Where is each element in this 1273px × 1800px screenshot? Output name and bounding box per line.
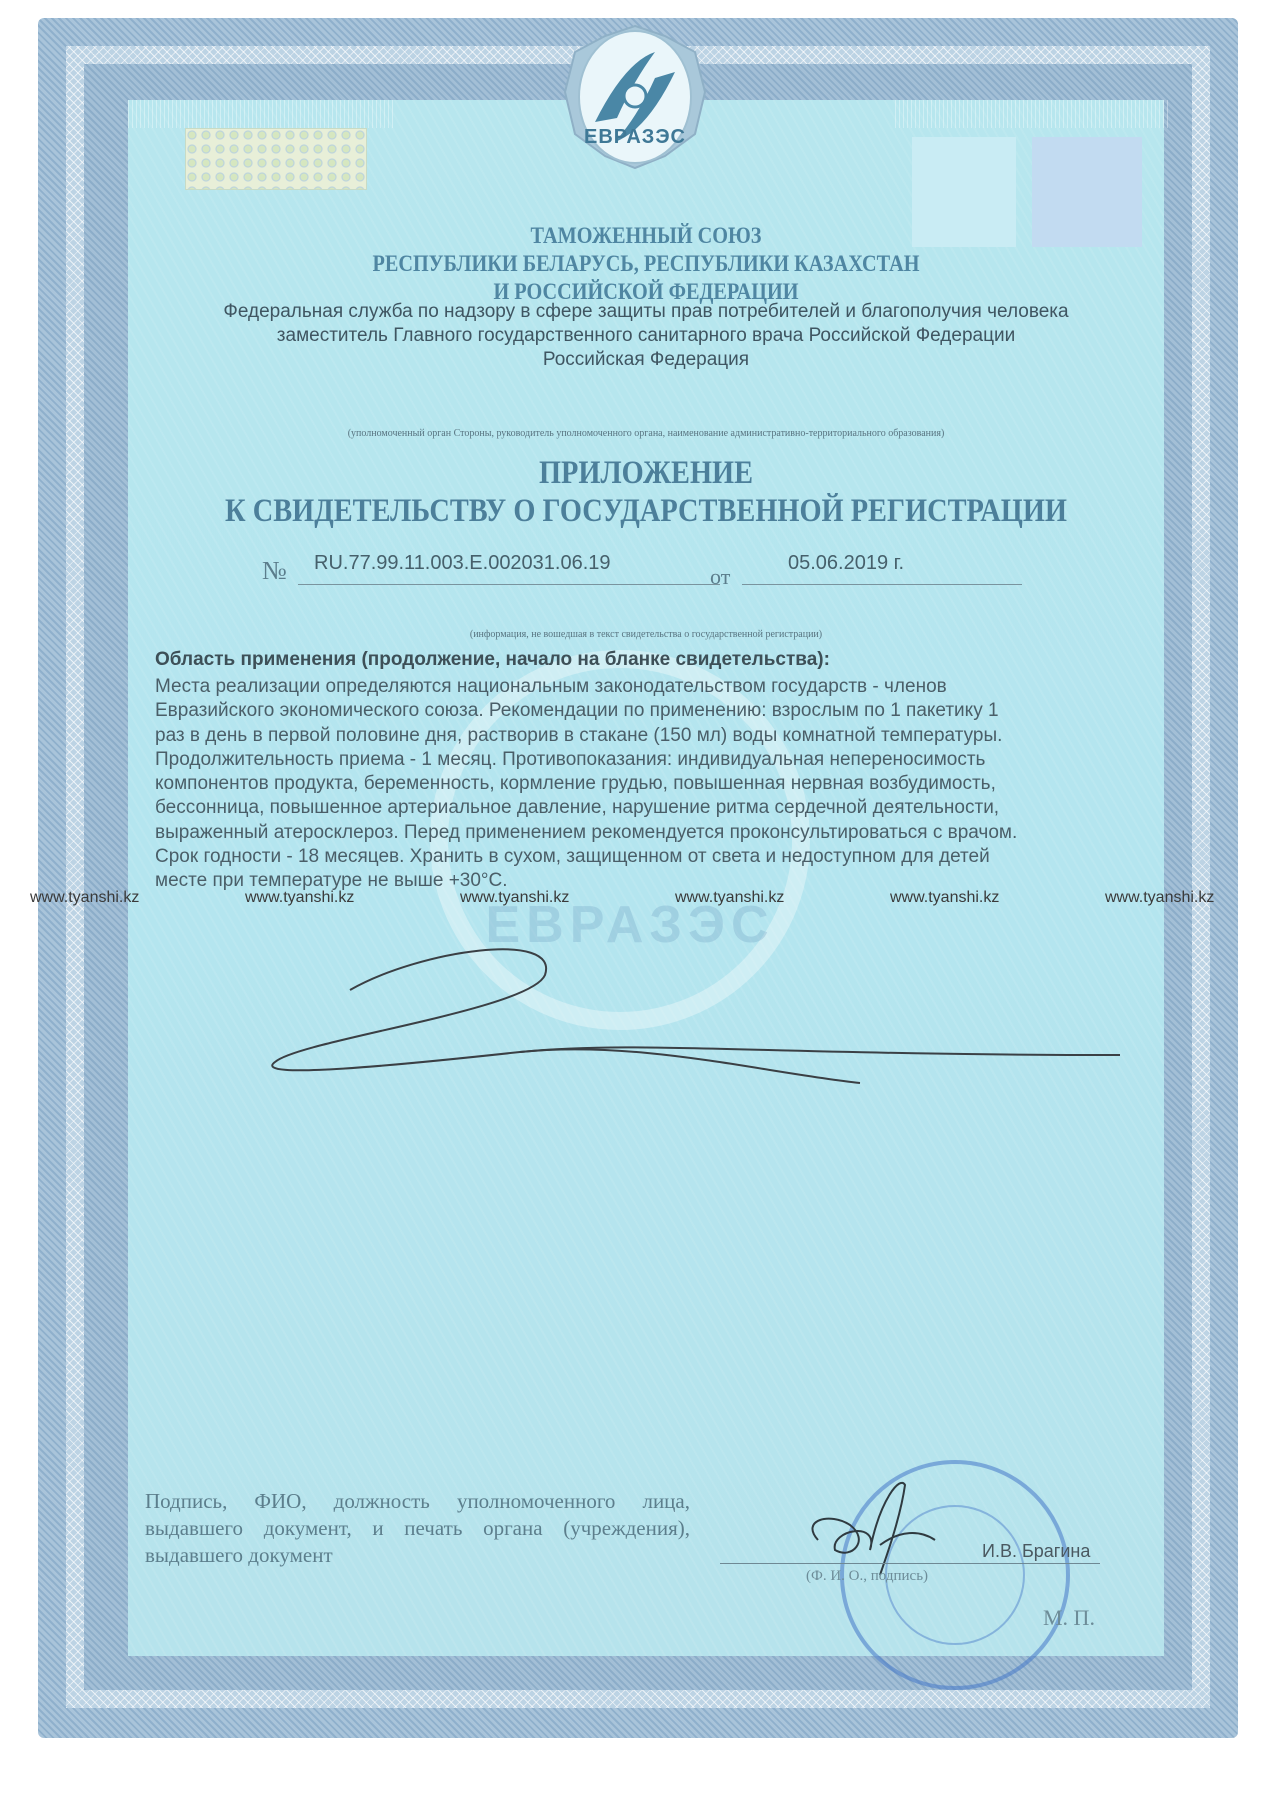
authority-line: заместитель Главного государственного са…	[128, 324, 1164, 348]
text-line: Места реализации определяются национальн…	[155, 675, 1117, 699]
signature-caption: (Ф. И. О., подпись)	[806, 1568, 928, 1585]
top-band-left	[128, 100, 393, 128]
website-watermark: www.tyanshi.kz	[1105, 889, 1214, 907]
top-band-right	[895, 100, 1170, 128]
signature-underline	[720, 1563, 1100, 1564]
union-line: РЕСПУБЛИКИ БЕЛАРУСЬ, РЕСПУБЛИКИ КАЗАХСТА…	[190, 250, 1102, 278]
signatory-name: И.В. Брагина	[982, 1541, 1090, 1562]
text-line: Евразийского экономического союза. Реком…	[155, 699, 1117, 723]
authority-block: Федеральная служба по надзору в сфере за…	[128, 300, 1164, 372]
authority-line: Российская Федерация	[128, 348, 1164, 372]
text-line: компонентов продукта, беременность, корм…	[155, 772, 1117, 796]
website-watermark: www.tyanshi.kz	[460, 889, 569, 907]
application-text: Места реализации определяются национальн…	[155, 675, 1117, 894]
title-line-2: К СВИДЕТЕЛЬСТВУ О ГОСУДАРСТВЕННОЙ РЕГИСТ…	[201, 492, 1092, 530]
number-label: №	[262, 556, 287, 586]
date-label: от	[710, 564, 730, 590]
registration-caption: (информация, не вошедшая в текст свидете…	[128, 629, 1164, 640]
website-watermark: www.tyanshi.kz	[890, 889, 999, 907]
registration-line: № RU.77.99.11.003.Е.002031.06.19 от 05.0…	[262, 552, 1022, 586]
website-watermark: www.tyanshi.kz	[245, 889, 354, 907]
authority-line: Федеральная служба по надзору в сфере за…	[128, 300, 1164, 324]
text-line: Срок годности - 18 месяцев. Хранить в су…	[155, 845, 1117, 869]
seal-mark: М. П.	[1043, 1605, 1095, 1631]
authority-caption: (уполномоченный орган Стороны, руководит…	[128, 428, 1164, 439]
signature-label: Подпись, ФИО, должность уполномоченного …	[145, 1488, 690, 1569]
website-watermark: www.tyanshi.kz	[675, 889, 784, 907]
text-line: Продолжительность приема - 1 месяц. Прот…	[155, 748, 1117, 772]
date-underline	[742, 584, 1022, 585]
website-watermark: www.tyanshi.kz	[30, 889, 139, 907]
hologram-sticker	[185, 128, 367, 190]
union-line: ТАМОЖЕННЫЙ СОЮЗ	[190, 222, 1102, 250]
customs-union-heading: ТАМОЖЕННЫЙ СОЮЗ РЕСПУБЛИКИ БЕЛАРУСЬ, РЕС…	[190, 222, 1102, 306]
text-line: раз в день в первой половине дня, раство…	[155, 724, 1117, 748]
registration-date: 05.06.2019 г.	[788, 552, 904, 575]
eurasec-emblem: ЕВРАЗЭС	[555, 22, 715, 172]
eurasec-label: ЕВРАЗЭС	[555, 126, 715, 149]
text-line: выраженный атеросклероз. Перед применени…	[155, 821, 1117, 845]
section-title: Область применения (продолжение, начало …	[155, 649, 830, 671]
title-line-1: ПРИЛОЖЕНИЕ	[201, 454, 1092, 492]
number-underline	[298, 584, 720, 585]
document-title: ПРИЛОЖЕНИЕ К СВИДЕТЕЛЬСТВУ О ГОСУДАРСТВЕ…	[201, 454, 1092, 530]
text-line: бессонница, повышенное артериальное давл…	[155, 796, 1117, 820]
eurasec-emblem-icon	[555, 22, 715, 172]
